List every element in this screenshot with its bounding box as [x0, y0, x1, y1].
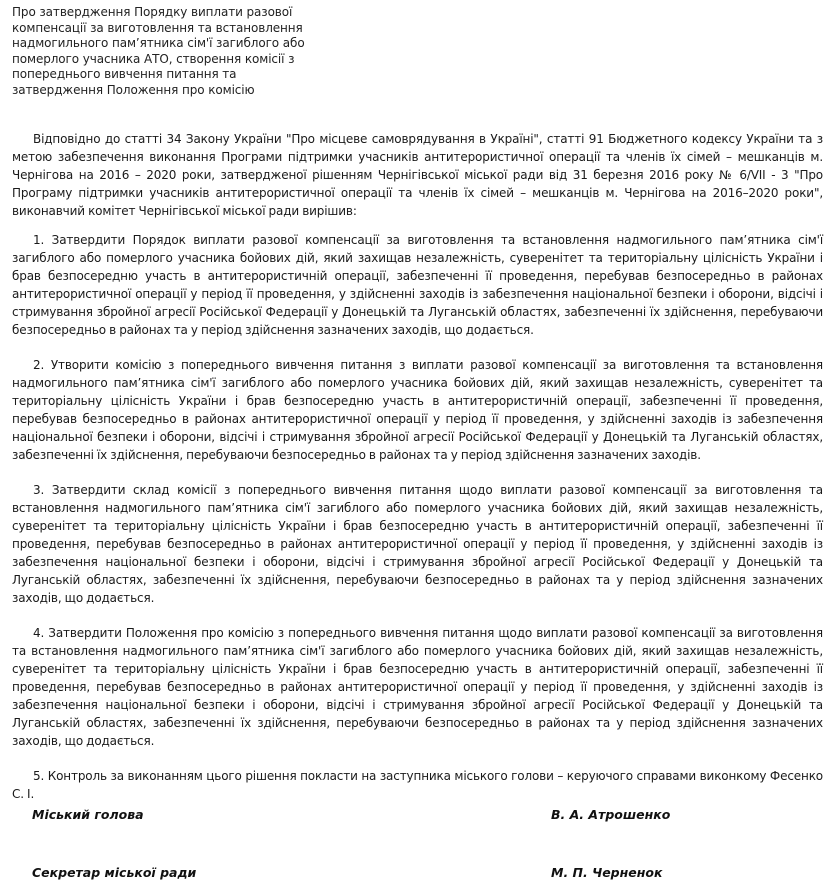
decision-item-3: 3. Затвердити склад комісії з попередньо…: [12, 481, 823, 607]
decision-item-2: 2. Утворити комісію з попереднього вивче…: [12, 356, 823, 464]
intro-paragraph: Відповідно до статті 34 Закону України "…: [12, 130, 823, 220]
signature-name: В. А. Атрошенко: [551, 806, 670, 824]
signature-title: Міський голова: [32, 806, 144, 824]
decision-item-4: 4. Затвердити Положення про комісію з по…: [12, 624, 823, 750]
signature-name: М. П. Черненок: [551, 864, 662, 882]
signature-row-mayor: Міський голова В. А. Атрошенко: [0, 806, 836, 826]
signature-title: Секретар міської ради: [32, 864, 196, 882]
decision-item-1: 1. Затвердити Порядок виплати разової ко…: [12, 231, 823, 339]
document-body: Відповідно до статті 34 Закону України "…: [12, 130, 823, 820]
document-title: Про затвердження Порядку виплати разової…: [12, 5, 312, 98]
decision-item-5: 5. Контроль за виконанням цього рішення …: [12, 767, 823, 803]
signature-row-secretary: Секретар міської ради М. П. Черненок: [0, 864, 836, 884]
